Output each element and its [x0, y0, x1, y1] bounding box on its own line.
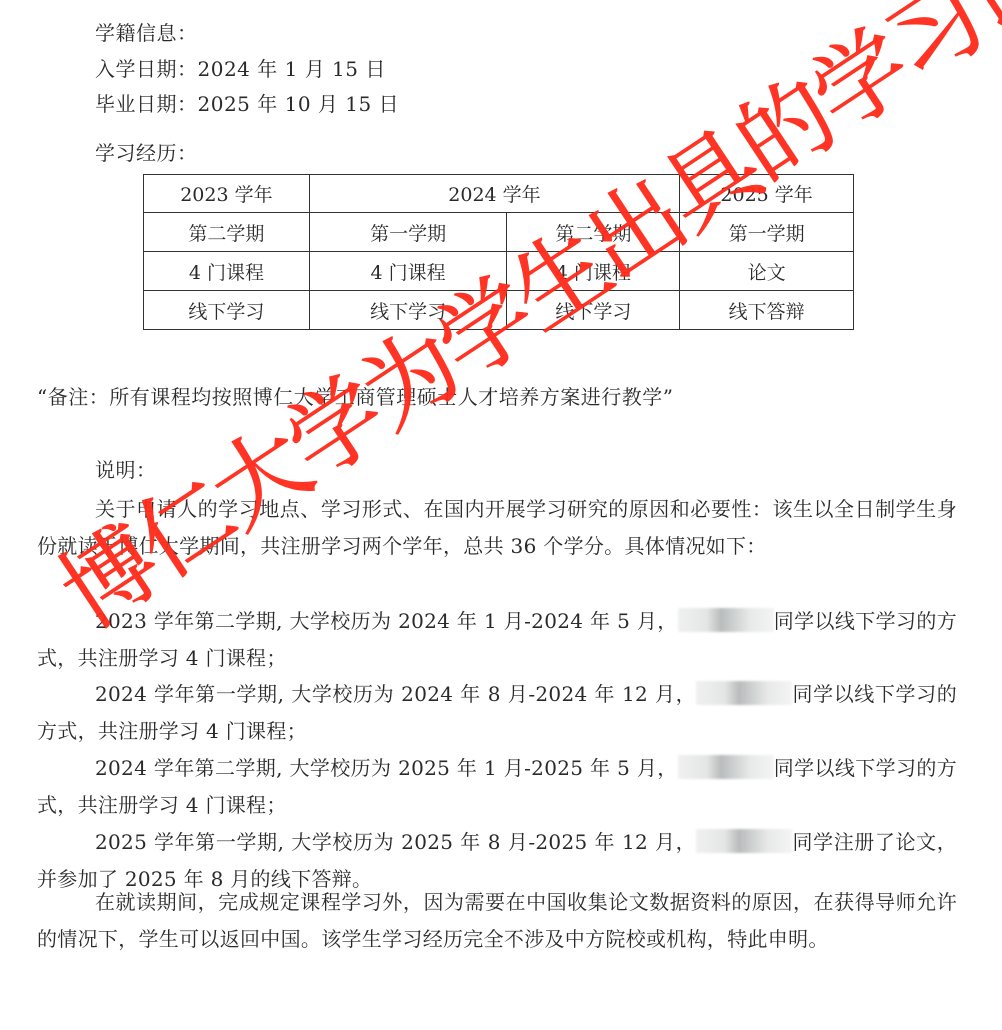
redacted-name	[696, 829, 792, 853]
table-row-years: 2023 学年 2024 学年 2025 学年	[144, 175, 854, 213]
redacted-name	[678, 608, 774, 632]
mode-cell: 线下学习	[309, 291, 507, 330]
explanation-heading: 说明：	[95, 457, 157, 483]
semester-cell: 第二学期	[144, 213, 310, 252]
semester-text: 2024 学年第二学期, 大学校历为 2025 年 1 月-2025 年 5 月…	[95, 756, 678, 780]
remark-note: “备注：所有课程均按照博仁大学工商管理硕士人才培养方案进行教学”	[37, 384, 673, 410]
table-row-semesters: 第二学期 第一学期 第二学期 第一学期	[144, 213, 854, 252]
year-cell: 2025 学年	[680, 175, 854, 213]
course-cell: 论文	[680, 252, 854, 291]
semester-paragraph: 2024 学年第二学期, 大学校历为 2025 年 1 月-2025 年 5 月…	[37, 750, 957, 824]
enrollment-date: 入学日期：2024 年 1 月 15 日	[95, 56, 386, 82]
study-history-table: 2023 学年 2024 学年 2025 学年 第二学期 第一学期 第二学期 第…	[143, 174, 854, 330]
explanation-paragraph: 关于申请人的学习地点、学习形式、在国内开展学习研究的原因和必要性：该生以全日制学…	[37, 491, 957, 565]
year-cell: 2024 学年	[309, 175, 679, 213]
closing-paragraph: 在就读期间，完成规定课程学习外，因为需要在中国收集论文数据资料的原因，在获得导师…	[37, 884, 957, 958]
table-row-modes: 线下学习 线下学习 线下学习 线下答辩	[144, 291, 854, 330]
course-cell: 4 门课程	[507, 252, 680, 291]
document-page: 学籍信息： 入学日期：2024 年 1 月 15 日 毕业日期：2025 年 1…	[0, 0, 1002, 1030]
year-cell: 2023 学年	[144, 175, 310, 213]
semester-paragraph: 2023 学年第二学期, 大学校历为 2024 年 1 月-2024 年 5 月…	[37, 603, 957, 677]
table-row-courses: 4 门课程 4 门课程 4 门课程 论文	[144, 252, 854, 291]
mode-cell: 线下学习	[144, 291, 310, 330]
semester-text: 2023 学年第二学期, 大学校历为 2024 年 1 月-2024 年 5 月…	[95, 609, 678, 633]
semester-cell: 第一学期	[309, 213, 507, 252]
enrollment-info-heading: 学籍信息：	[95, 20, 198, 46]
semester-cell: 第一学期	[680, 213, 854, 252]
course-cell: 4 门课程	[309, 252, 507, 291]
semester-cell: 第二学期	[507, 213, 680, 252]
semester-text: 2025 学年第一学期, 大学校历为 2025 年 8 月-2025 年 12 …	[95, 830, 696, 854]
course-cell: 4 门课程	[144, 252, 310, 291]
mode-cell: 线下答辩	[680, 291, 854, 330]
semester-text: 2024 学年第一学期, 大学校历为 2024 年 8 月-2024 年 12 …	[95, 682, 696, 706]
redacted-name	[696, 681, 792, 705]
mode-cell: 线下学习	[507, 291, 680, 330]
study-history-heading: 学习经历：	[95, 140, 198, 166]
semester-paragraph: 2024 学年第一学期, 大学校历为 2024 年 8 月-2024 年 12 …	[37, 676, 957, 750]
redacted-name	[678, 755, 774, 779]
graduation-date: 毕业日期：2025 年 10 月 15 日	[95, 91, 399, 117]
